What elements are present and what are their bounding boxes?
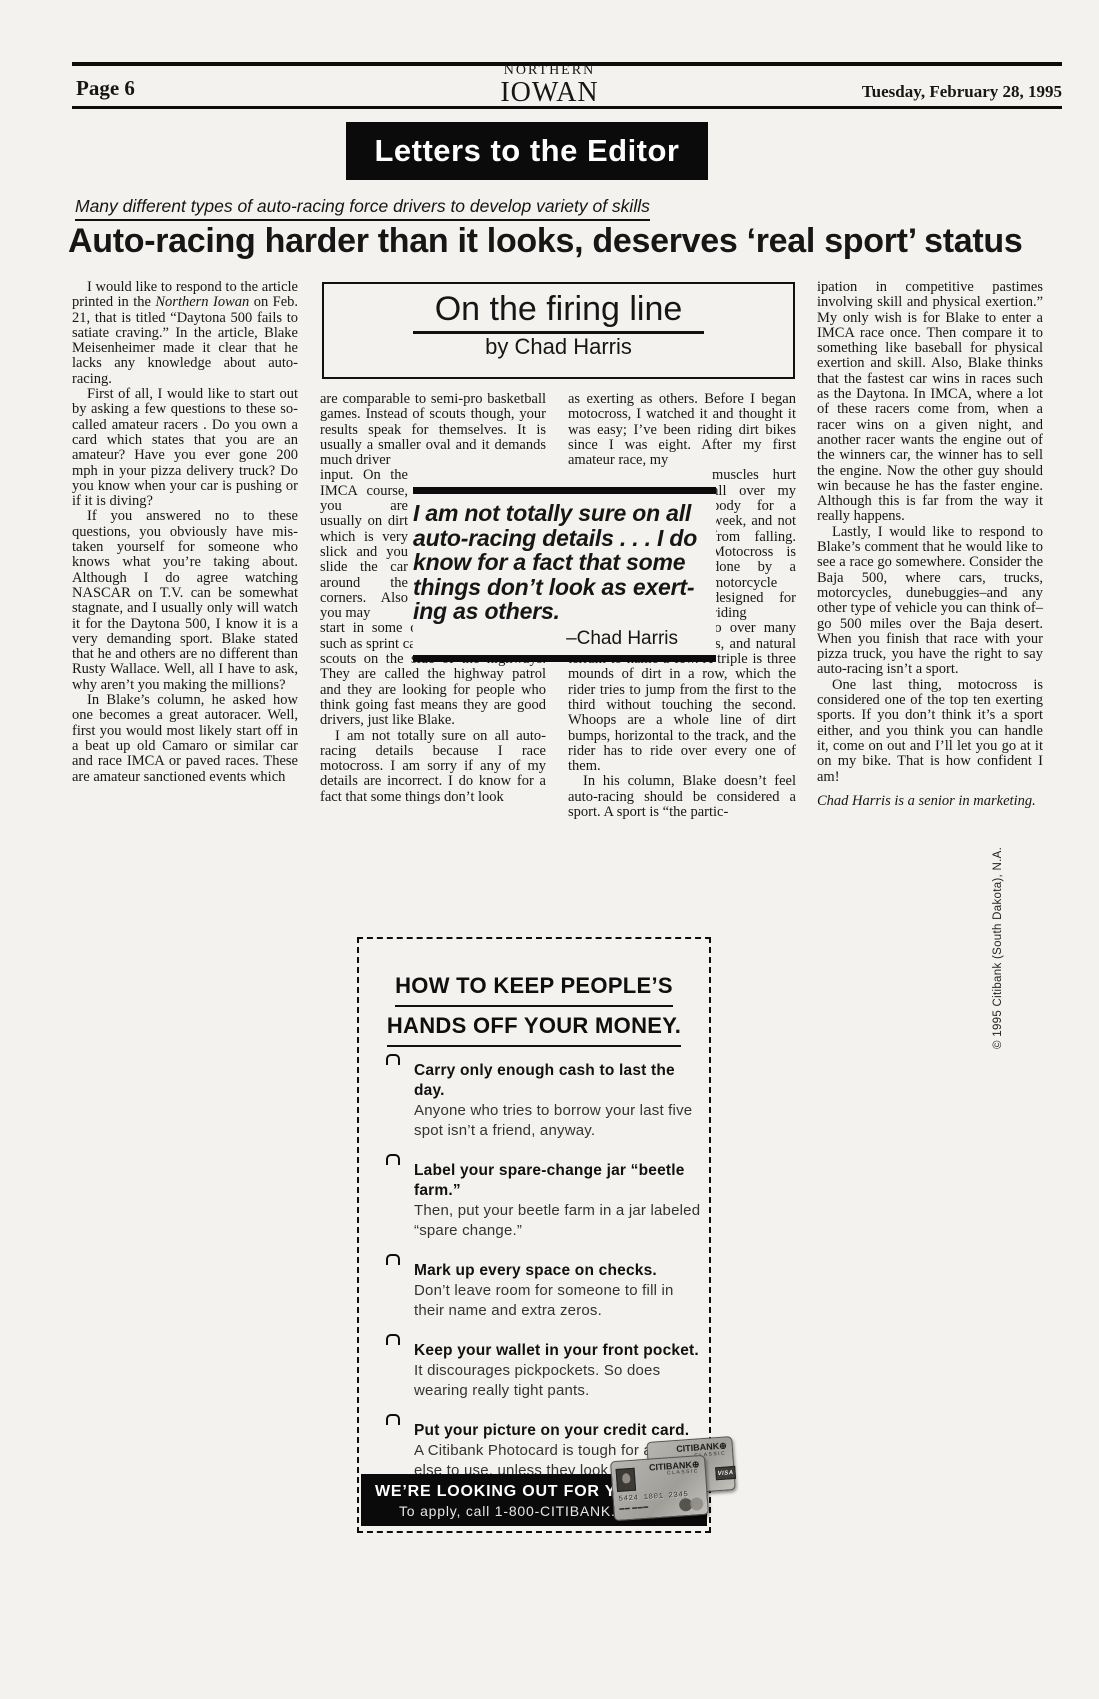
firing-line-title: On the firing line (413, 289, 705, 334)
paragraph-wrapped-right-of-quote: muscles hurt all over my body for a week… (712, 468, 796, 621)
ad-tip-title: Mark up every space on checks. (414, 1262, 657, 1279)
paragraph: Lastly, I would like to respond to Blake… (817, 525, 1043, 678)
card-emboss-lines: ▬▬ ▬▬▬ (619, 1504, 649, 1512)
ad-copyright-vertical: © 1995 Citibank (South Dakota), N.A. (992, 859, 1004, 1049)
firing-line-byline: by Chad Harris (485, 334, 632, 359)
pull-quote-bottom-bar (413, 655, 716, 662)
letters-banner: Letters to the Editor (346, 122, 708, 180)
paragraph: In his column, Blake doesn’t feel auto-r… (568, 774, 796, 820)
masthead-top: NORTHERN (0, 64, 1099, 78)
ad-tip-body: Anyone who tries to borrow your last fiv… (414, 1101, 703, 1141)
header-bottom-rule (72, 106, 1062, 109)
citibank-logo-icon: ⊕ (719, 1440, 727, 1451)
ad-headline-line1: HOW TO KEEP PEOPLE’S (395, 967, 673, 1007)
kicker: Many different types of auto-racing forc… (75, 196, 650, 221)
kicker-wrap: Many different types of auto-racing forc… (75, 196, 650, 217)
paragraph: One last thing, motocross is considered … (817, 678, 1043, 785)
issue-date: Tuesday, February 28, 1995 (862, 82, 1062, 102)
citibank-ad: HOW TO KEEP PEOPLE’S HANDS OFF YOUR MONE… (357, 937, 711, 1533)
paragraph-wrapped-left-of-quote: input. On the IMCA course, you are usual… (320, 468, 408, 621)
paragraph: as exerting as others. Before I began mo… (568, 392, 796, 468)
paragraph: First of all, I would like to start out … (72, 387, 298, 509)
pull-quote-text: I am not totally sure on all auto-racing… (413, 494, 716, 628)
column-4: ipation in competitive pastimes involvin… (817, 280, 1043, 809)
paragraph: In Blake’s column, he asked how one beco… (72, 693, 298, 785)
ad-tip-body: It discourages pickpockets. So does wear… (414, 1361, 703, 1401)
credit-card-front: CITIBANK⊕ CLASSIC 5424 1801 2345 ▬▬ ▬▬▬ (610, 1455, 709, 1521)
ad-tip: Keep your wallet in your front pocket. I… (383, 1341, 703, 1401)
paragraph: I would like to respond to the article p… (72, 280, 298, 387)
mastercard-logo (679, 1497, 704, 1512)
paragraph: If you answered no to these questions, y… (72, 509, 298, 693)
card-tier-label: CLASSIC (667, 1468, 699, 1476)
newspaper-page: Page 6 NORTHERN IOWAN Tuesday, February … (0, 0, 1099, 1699)
pull-quote-attribution: –Chad Harris (413, 628, 716, 655)
ad-tip-title: Carry only enough cash to last the day. (414, 1062, 675, 1099)
author-signature: Chad Harris is a senior in market­ing. (817, 794, 1043, 809)
publication-name: Northern Iowan (155, 294, 249, 310)
ad-tip: Mark up every space on checks. Don’t lea… (383, 1261, 703, 1321)
visa-logo: VISA (715, 1466, 736, 1480)
pull-quote: I am not totally sure on all auto-racing… (413, 487, 716, 662)
ad-tip-body: Then, put your beetle farm in a jar labe… (414, 1201, 703, 1241)
ad-headline-line2: HANDS OFF YOUR MONEY. (387, 1007, 681, 1047)
headline: Auto-racing harder than it looks, deserv… (68, 222, 1022, 261)
firing-line-box: On the firing line by Chad Harris (322, 282, 795, 379)
ad-tip-title: Keep your wallet in your front pocket. (414, 1342, 699, 1359)
ad-tip-title: Put your picture on your credit card. (414, 1422, 689, 1439)
column-1: I would like to respond to the article p… (72, 280, 298, 785)
paragraph: ipation in competitive pastimes involvin… (817, 280, 1043, 525)
ad-tip: Label your spare-change jar “beetle farm… (383, 1161, 703, 1241)
ad-tip-body: Don’t leave room for someone to fill in … (414, 1281, 703, 1321)
cardholder-photo (616, 1468, 637, 1492)
ad-tip-list: Carry only enough cash to last the day. … (383, 1061, 703, 1481)
paragraph: are comparable to semi-pro bas­ketball g… (320, 392, 546, 468)
ad-headline: HOW TO KEEP PEOPLE’S HANDS OFF YOUR MONE… (359, 967, 709, 1047)
ad-tip: Carry only enough cash to last the day. … (383, 1061, 703, 1141)
ad-tip-title: Label your spare-change jar “beetle farm… (414, 1162, 685, 1199)
paragraph: I am not totally sure on all auto-racing… (320, 729, 546, 805)
pull-quote-top-bar (413, 487, 716, 494)
